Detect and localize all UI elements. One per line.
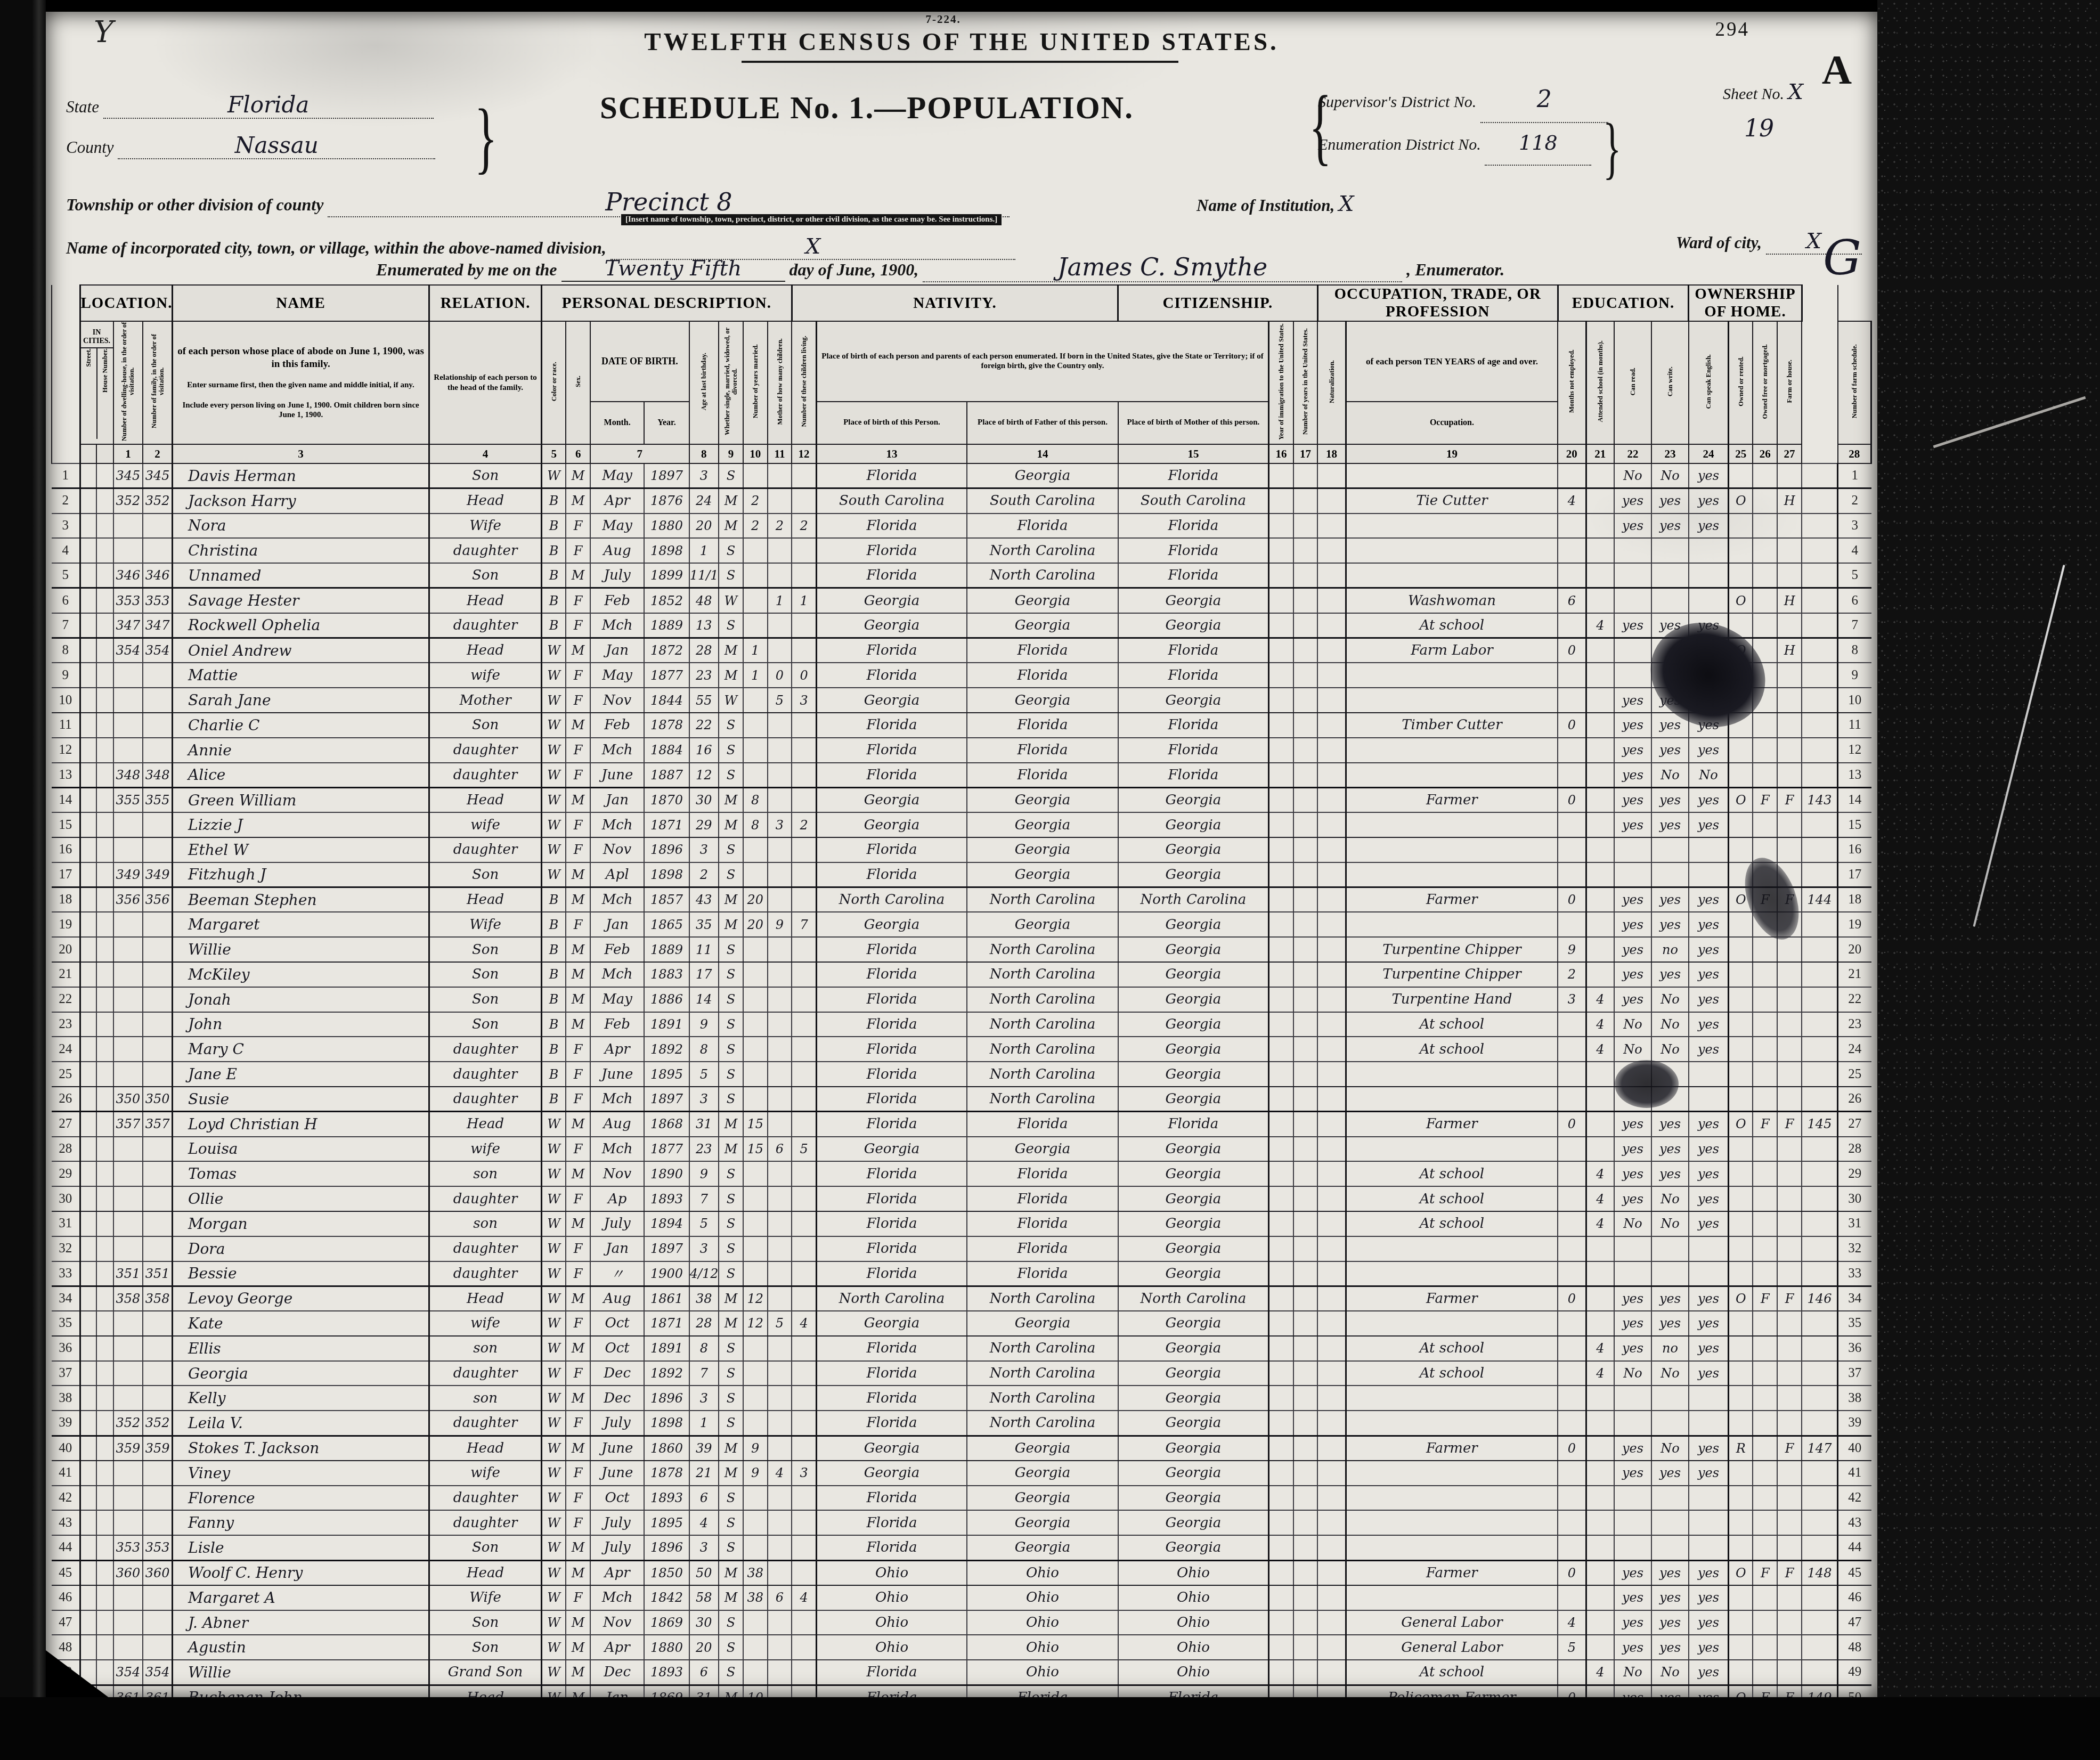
cell-years-married xyxy=(743,1261,768,1286)
cell-pob-father: Georgia xyxy=(967,787,1118,812)
cell-farm-schedule xyxy=(1802,1261,1837,1286)
cell-age: 11/12 xyxy=(689,563,719,588)
cell-mother-of xyxy=(768,763,792,788)
cell-can-write xyxy=(1651,837,1689,862)
cell-farm-schedule xyxy=(1802,837,1837,862)
cell-mother-of xyxy=(768,738,792,763)
cell-birth-month: May xyxy=(590,987,644,1012)
cell-dwelling: 359 xyxy=(113,1436,143,1461)
cell-year-immigration xyxy=(1269,613,1293,638)
cell-street xyxy=(80,1411,96,1436)
cell-street xyxy=(80,862,96,887)
cell-can-write xyxy=(1651,1386,1689,1411)
cell-attended-school xyxy=(1586,663,1614,688)
census-row: 17349349Fitzhugh JSonWMApl18982SFloridaG… xyxy=(52,862,1871,887)
district-brace-close: } xyxy=(1603,128,1621,168)
cell-farm-schedule xyxy=(1802,514,1837,539)
cell-age: 4/12 xyxy=(689,1261,719,1286)
cell-marital: S xyxy=(719,713,743,738)
cell-owned-free xyxy=(1753,1037,1777,1062)
cell-sex: M xyxy=(566,1336,590,1361)
cell-farm-schedule xyxy=(1802,937,1837,962)
cell-can-read: yes xyxy=(1614,613,1651,638)
cell-years-in-us xyxy=(1293,1361,1318,1386)
cell-age: 28 xyxy=(689,1311,719,1336)
cell-years-married xyxy=(743,563,768,588)
cell-pob-mother: Georgia xyxy=(1118,912,1269,937)
cell-birth-month: Apr xyxy=(590,1037,644,1062)
cell-family xyxy=(143,514,172,539)
colnum-28: 28 xyxy=(1838,444,1871,463)
cell-age: 23 xyxy=(689,1137,719,1162)
line-number: 35 xyxy=(52,1311,80,1336)
cell-pob-person: South Carolina xyxy=(816,488,967,514)
cell-pob-father: North Carolina xyxy=(967,1012,1118,1037)
line-number: 13 xyxy=(52,763,80,788)
cell-mother-of xyxy=(768,1336,792,1361)
cell-mother-of xyxy=(768,463,792,488)
line-number-right: 15 xyxy=(1838,812,1871,837)
cell-street xyxy=(80,1560,96,1585)
cell-mother-of xyxy=(768,1660,792,1685)
cell-marital: S xyxy=(719,1037,743,1062)
cell-house-number xyxy=(96,1261,113,1286)
farm-or-house-header: Farm or house. xyxy=(1777,321,1802,444)
cell-sex: F xyxy=(566,1261,590,1286)
cell-years-in-us xyxy=(1293,1286,1318,1311)
cell-naturalization xyxy=(1317,1211,1346,1236)
cell-occupation: At school xyxy=(1346,1336,1558,1361)
cell-dwelling: 360 xyxy=(113,1560,143,1585)
line-number-right: 38 xyxy=(1838,1386,1871,1411)
cell-years-in-us xyxy=(1293,1486,1318,1511)
census-row: 29TomassonWMNov18909SFloridaFloridaGeorg… xyxy=(52,1161,1871,1186)
cell-months-not-employed: 0 xyxy=(1558,638,1586,663)
cell-sex: M xyxy=(566,1660,590,1685)
cell-can-speak-english: yes xyxy=(1689,1560,1729,1585)
cell-sex: M xyxy=(566,1610,590,1635)
colnum-3: 3 xyxy=(173,444,429,463)
cell-family: 352 xyxy=(143,1411,172,1436)
cell-birth-month: 〃 xyxy=(590,1261,644,1286)
cell-farm-schedule xyxy=(1802,912,1837,937)
cell-farm-schedule xyxy=(1802,1386,1837,1411)
cell-pob-father: Georgia xyxy=(967,1535,1118,1560)
cell-farm-house xyxy=(1777,1386,1802,1411)
line-number: 15 xyxy=(52,812,80,837)
cell-children-living xyxy=(792,638,816,663)
cell-pob-mother: Ohio xyxy=(1118,1585,1269,1610)
line-number: 36 xyxy=(52,1336,80,1361)
cell-occupation xyxy=(1346,1087,1558,1112)
cell-can-write: yes xyxy=(1651,1112,1689,1137)
cell-farm-house xyxy=(1777,1361,1802,1386)
cell-house-number xyxy=(96,987,113,1012)
cell-family: 355 xyxy=(143,787,172,812)
cell-months-not-employed xyxy=(1558,514,1586,539)
cell-pob-mother: Georgia xyxy=(1118,812,1269,837)
cell-marital: M xyxy=(719,1112,743,1137)
cell-farm-schedule xyxy=(1802,738,1837,763)
sheet-line: Sheet No. X xyxy=(1723,80,1803,104)
cell-months-not-employed: 0 xyxy=(1558,887,1586,912)
census-row: 9MattiewifeWFMay187723M100FloridaFlorida… xyxy=(52,663,1871,688)
cell-dwelling xyxy=(113,688,143,713)
cell-pob-father: Ohio xyxy=(967,1585,1118,1610)
cell-birth-month: Jan xyxy=(590,912,644,937)
cell-years-married xyxy=(743,463,768,488)
cell-children-living xyxy=(792,563,816,588)
cell-attended-school: 4 xyxy=(1586,987,1614,1012)
cell-dwelling xyxy=(113,1012,143,1037)
census-row: 22JonahSonBMMay188614SFloridaNorth Carol… xyxy=(52,987,1871,1012)
cell-family xyxy=(143,987,172,1012)
cell-pob-father: North Carolina xyxy=(967,962,1118,987)
cell-occupation: Washwoman xyxy=(1346,588,1558,613)
cell-marital: S xyxy=(719,1535,743,1560)
cell-mother-of xyxy=(768,837,792,862)
cell-months-not-employed: 2 xyxy=(1558,962,1586,987)
cell-color: W xyxy=(541,1336,566,1361)
cell-can-write: yes xyxy=(1651,912,1689,937)
cell-children-living xyxy=(792,613,816,638)
cell-age: 3 xyxy=(689,463,719,488)
cell-months-not-employed: 0 xyxy=(1558,1112,1586,1137)
cell-can-read xyxy=(1614,1486,1651,1511)
cell-pob-father: North Carolina xyxy=(967,887,1118,912)
cell-owned-rented xyxy=(1729,1261,1753,1286)
cell-dwelling: 354 xyxy=(113,638,143,663)
cell-pob-father: North Carolina xyxy=(967,937,1118,962)
cell-relation: Son xyxy=(429,1635,542,1660)
cell-years-in-us xyxy=(1293,1660,1318,1685)
cell-pob-mother: Georgia xyxy=(1118,1087,1269,1112)
cell-years-in-us xyxy=(1293,638,1318,663)
cell-can-write xyxy=(1651,862,1689,887)
cell-can-read: yes xyxy=(1614,787,1651,812)
sheet-mark: X xyxy=(1788,80,1803,104)
colnum-15: 15 xyxy=(1118,444,1269,463)
cell-occupation: Farmer xyxy=(1346,1286,1558,1311)
ward-label: Ward of city, xyxy=(1676,233,1762,252)
cell-age: 9 xyxy=(689,1012,719,1037)
census-row: 16Ethel WdaughterWFNov18963SFloridaGeorg… xyxy=(52,837,1871,862)
cell-pob-mother: Georgia xyxy=(1118,1361,1269,1386)
cell-naturalization xyxy=(1317,1486,1346,1511)
cell-attended-school xyxy=(1586,713,1614,738)
cell-birth-month: Mch xyxy=(590,1137,644,1162)
cell-farm-schedule xyxy=(1802,588,1837,613)
cell-can-read: yes xyxy=(1614,738,1651,763)
cell-months-not-employed xyxy=(1558,912,1586,937)
cell-naturalization xyxy=(1317,514,1346,539)
cell-can-write xyxy=(1651,1261,1689,1286)
cell-mother-of xyxy=(768,1635,792,1660)
enumerator-signature: James C. Smythe xyxy=(923,252,1402,282)
cell-color: W xyxy=(541,1635,566,1660)
cell-street xyxy=(80,1286,96,1311)
cell-house-number xyxy=(96,763,113,788)
cell-can-read: yes xyxy=(1614,1186,1651,1211)
cell-marital: S xyxy=(719,1012,743,1037)
cell-sex: M xyxy=(566,563,590,588)
cell-months-not-employed: 3 xyxy=(1558,987,1586,1012)
cell-attended-school xyxy=(1586,563,1614,588)
cell-street xyxy=(80,1161,96,1186)
cell-can-read: No xyxy=(1614,463,1651,488)
cell-farm-schedule xyxy=(1802,1510,1837,1535)
cell-can-write: yes xyxy=(1651,1161,1689,1186)
cell-can-read: yes xyxy=(1614,1610,1651,1635)
cell-can-speak-english: No xyxy=(1689,763,1729,788)
cell-naturalization xyxy=(1317,1535,1346,1560)
cell-pob-person: Florida xyxy=(816,1012,967,1037)
cell-color: W xyxy=(541,713,566,738)
cell-age: 8 xyxy=(689,1037,719,1062)
cell-sex: M xyxy=(566,937,590,962)
cell-pob-person: Florida xyxy=(816,1261,967,1286)
cell-naturalization xyxy=(1317,613,1346,638)
cell-birth-month: Oct xyxy=(590,1311,644,1336)
cell-age: 21 xyxy=(689,1461,719,1486)
cell-mother-of xyxy=(768,1610,792,1635)
cell-months-not-employed xyxy=(1558,1012,1586,1037)
cell-years-in-us xyxy=(1293,937,1318,962)
line-number-right: 16 xyxy=(1838,837,1871,862)
cell-relation: Son xyxy=(429,463,542,488)
cell-street xyxy=(80,962,96,987)
cell-naturalization xyxy=(1317,1635,1346,1660)
cell-birth-year: 1871 xyxy=(644,812,689,837)
cell-can-read: No xyxy=(1614,1037,1651,1062)
cell-can-speak-english: yes xyxy=(1689,1112,1729,1137)
cell-owned-rented xyxy=(1729,538,1753,563)
cell-farm-schedule xyxy=(1802,1635,1837,1660)
cell-age: 39 xyxy=(689,1436,719,1461)
cell-occupation: Farmer xyxy=(1346,1436,1558,1461)
cell-relation: daughter xyxy=(429,1510,542,1535)
cell-house-number xyxy=(96,1510,113,1535)
cell-color: B xyxy=(541,514,566,539)
cell-months-not-employed xyxy=(1558,862,1586,887)
cell-street xyxy=(80,1610,96,1635)
colnum-27: 27 xyxy=(1777,444,1802,463)
scratch-mark-2 xyxy=(1933,396,2086,448)
cell-pob-person: Florida xyxy=(816,763,967,788)
cell-owned-rented xyxy=(1729,1311,1753,1336)
line-number-right: 48 xyxy=(1838,1635,1871,1660)
cell-pob-person: Georgia xyxy=(816,1436,967,1461)
cell-pob-mother: Florida xyxy=(1118,538,1269,563)
cell-sex: F xyxy=(566,613,590,638)
cell-birth-year: 1877 xyxy=(644,663,689,688)
cell-color: B xyxy=(541,588,566,613)
cell-name: Willie xyxy=(173,1660,429,1685)
cell-family xyxy=(143,1461,172,1486)
cell-street xyxy=(80,1510,96,1535)
cell-naturalization xyxy=(1317,1062,1346,1087)
cell-can-read: yes xyxy=(1614,763,1651,788)
cell-color: W xyxy=(541,787,566,812)
census-row: 39352352Leila V.daughterWFJuly18981SFlor… xyxy=(52,1411,1871,1436)
cell-color: B xyxy=(541,937,566,962)
cell-owned-rented xyxy=(1729,1012,1753,1037)
line-number-right: 7 xyxy=(1838,613,1871,638)
cell-birth-year: 1850 xyxy=(644,1560,689,1585)
cell-relation: Grand Son xyxy=(429,1660,542,1685)
cell-pob-person: Florida xyxy=(816,1037,967,1062)
cell-name: Unnamed xyxy=(173,563,429,588)
cell-marital: M xyxy=(719,638,743,663)
cell-color: B xyxy=(541,987,566,1012)
cell-years-in-us xyxy=(1293,812,1318,837)
cell-farm-schedule xyxy=(1802,638,1837,663)
cell-can-read: yes xyxy=(1614,1137,1651,1162)
cell-pob-father: Ohio xyxy=(967,1635,1118,1660)
colnum-14: 14 xyxy=(967,444,1118,463)
cell-can-read xyxy=(1614,1510,1651,1535)
cell-age: 22 xyxy=(689,713,719,738)
census-row: 32DoradaughterWFJan18973SFloridaFloridaG… xyxy=(52,1236,1871,1261)
cell-family xyxy=(143,1062,172,1087)
owned-rented-header: Owned or rented. xyxy=(1729,321,1753,444)
cell-family: 350 xyxy=(143,1087,172,1112)
line-number: 46 xyxy=(52,1585,80,1610)
cell-owned-rented xyxy=(1729,1461,1753,1486)
census-row: 7347347Rockwell OpheliadaughterBFMch1889… xyxy=(52,613,1871,638)
cell-family: 353 xyxy=(143,1535,172,1560)
cell-years-in-us xyxy=(1293,1461,1318,1486)
cell-months-not-employed: 6 xyxy=(1558,588,1586,613)
cell-pob-father: Florida xyxy=(967,638,1118,663)
cell-months-not-employed xyxy=(1558,1386,1586,1411)
line-number: 6 xyxy=(52,588,80,613)
cell-pob-person: Florida xyxy=(816,1535,967,1560)
line-number: 19 xyxy=(52,912,80,937)
cell-relation: son xyxy=(429,1336,542,1361)
dwelling-header: Number of dwelling-house, in the order o… xyxy=(113,321,143,444)
cell-mother-of: 5 xyxy=(768,1311,792,1336)
cell-year-immigration xyxy=(1269,837,1293,862)
cell-color: W xyxy=(541,1286,566,1311)
cell-occupation xyxy=(1346,1311,1558,1336)
county-label: County xyxy=(66,138,114,157)
cell-color: B xyxy=(541,1037,566,1062)
cell-pob-mother: Georgia xyxy=(1118,937,1269,962)
cell-house-number xyxy=(96,1186,113,1211)
cell-farm-house xyxy=(1777,837,1802,862)
cell-children-living xyxy=(792,1361,816,1386)
cell-children-living: 4 xyxy=(792,1311,816,1336)
cell-sex: F xyxy=(566,1137,590,1162)
cell-birth-month: May xyxy=(590,514,644,539)
cell-relation: daughter xyxy=(429,1037,542,1062)
colnum-12: 12 xyxy=(792,444,816,463)
cell-owned-rented xyxy=(1729,1037,1753,1062)
cell-name: Florence xyxy=(173,1486,429,1511)
cell-sex: F xyxy=(566,738,590,763)
cell-sex: F xyxy=(566,663,590,688)
cell-relation: Wife xyxy=(429,1585,542,1610)
cell-marital: S xyxy=(719,1236,743,1261)
cell-years-in-us xyxy=(1293,987,1318,1012)
county-line: County Nassau xyxy=(66,132,435,159)
cell-color: W xyxy=(541,1461,566,1486)
cell-attended-school: 4 xyxy=(1586,1161,1614,1186)
cell-occupation xyxy=(1346,1236,1558,1261)
cell-can-read: yes xyxy=(1614,1436,1651,1461)
cell-months-not-employed xyxy=(1558,1411,1586,1436)
cell-farm-house xyxy=(1777,688,1802,713)
cell-farm-house xyxy=(1777,812,1802,837)
cell-mother-of xyxy=(768,1012,792,1037)
cell-sex: F xyxy=(566,1062,590,1087)
cell-family xyxy=(143,912,172,937)
cell-color: B xyxy=(541,1087,566,1112)
census-row: 31MorgansonWMJuly18945SFloridaFloridaGeo… xyxy=(52,1211,1871,1236)
cell-naturalization xyxy=(1317,1336,1346,1361)
cell-birth-year: 1868 xyxy=(644,1112,689,1137)
cell-farm-house xyxy=(1777,763,1802,788)
line-number-right: 44 xyxy=(1838,1535,1871,1560)
cell-dwelling xyxy=(113,538,143,563)
cell-family xyxy=(143,1012,172,1037)
cell-can-write xyxy=(1651,1236,1689,1261)
cell-relation: Wife xyxy=(429,514,542,539)
census-row: 42FlorencedaughterWFOct18936SFloridaGeor… xyxy=(52,1486,1871,1511)
cell-pob-father: Georgia xyxy=(967,1436,1118,1461)
cell-pob-mother: Georgia xyxy=(1118,688,1269,713)
cell-year-immigration xyxy=(1269,1411,1293,1436)
colnum-1: 1 xyxy=(113,444,143,463)
cell-owned-rented xyxy=(1729,1062,1753,1087)
cell-farm-schedule xyxy=(1802,613,1837,638)
cell-birth-year: 1869 xyxy=(644,1610,689,1635)
cell-farm-schedule xyxy=(1802,563,1837,588)
cell-can-write: yes xyxy=(1651,887,1689,912)
cell-naturalization xyxy=(1317,1610,1346,1635)
cell-sex: M xyxy=(566,787,590,812)
cell-can-speak-english: yes xyxy=(1689,1585,1729,1610)
cell-age: 4 xyxy=(689,1510,719,1535)
cell-birth-year: 1892 xyxy=(644,1361,689,1386)
cell-street xyxy=(80,1535,96,1560)
cell-owned-rented: O xyxy=(1729,1286,1753,1311)
cell-sex: F xyxy=(566,514,590,539)
line-number-right: 10 xyxy=(1838,688,1871,713)
cell-children-living xyxy=(792,738,816,763)
cell-mother-of xyxy=(768,638,792,663)
cell-owned-rented: R xyxy=(1729,1436,1753,1461)
cell-can-read xyxy=(1614,1535,1651,1560)
cell-owned-free xyxy=(1753,1236,1777,1261)
line-number: 1 xyxy=(52,463,80,488)
cell-name: Agustin xyxy=(173,1635,429,1660)
cell-name: Levoy George xyxy=(173,1286,429,1311)
cell-occupation xyxy=(1346,1585,1558,1610)
cell-birth-year: 1861 xyxy=(644,1286,689,1311)
cell-farm-house xyxy=(1777,713,1802,738)
cell-relation: daughter xyxy=(429,1236,542,1261)
cell-year-immigration xyxy=(1269,912,1293,937)
cell-name: Savage Hester xyxy=(173,588,429,613)
cell-naturalization xyxy=(1317,1137,1346,1162)
location-group: LOCATION. xyxy=(80,285,173,321)
line-number-right: 25 xyxy=(1838,1062,1871,1087)
stray-ward-mark: G xyxy=(1823,230,1861,286)
cell-children-living: 2 xyxy=(792,812,816,837)
cell-months-not-employed xyxy=(1558,1461,1586,1486)
